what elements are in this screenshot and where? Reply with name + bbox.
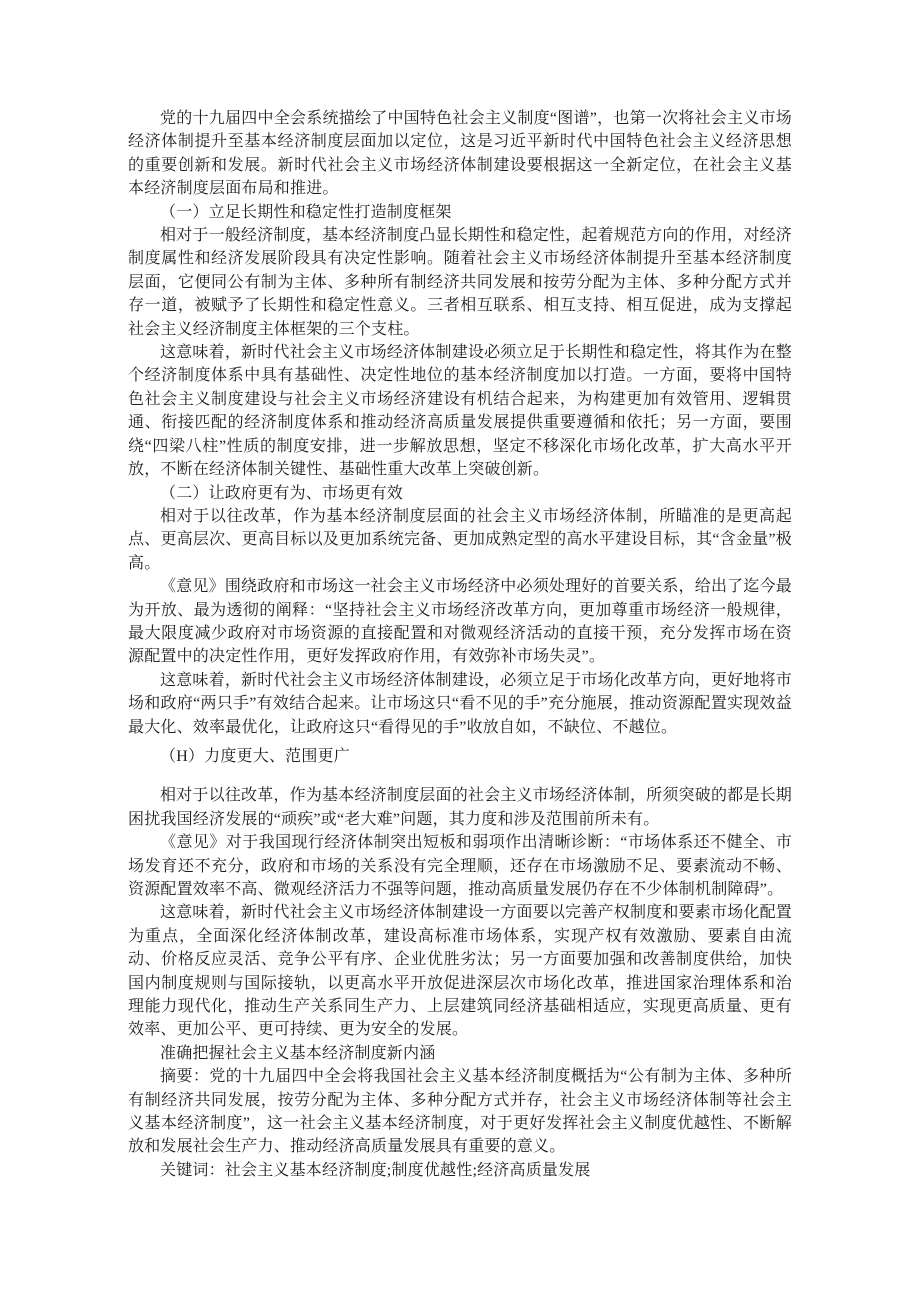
paragraph: 相对于以往改革，作为基本经济制度层面的社会主义市场经济体制，所须突破的都是长期困…	[128, 784, 792, 831]
paragraph: 《意见》围绕政府和市场这一社会主义市场经济中必须处理好的首要关系，给出了迄今最为…	[128, 575, 792, 669]
paragraph: 这意味着，新时代社会主义市场经济体制建设一方面要以完善产权制度和要素市场化配置为…	[128, 901, 792, 1041]
section-heading-4: 准确把握社会主义基本经济制度新内涵	[128, 1042, 792, 1065]
section-heading-1: （一）立足长期性和稳定性打造制度框架	[128, 201, 792, 224]
paragraph-abstract: 摘要：党的十九届四中全会将我国社会主义基本经济制度概括为“公有制为主体、多种所有…	[128, 1065, 792, 1159]
paragraph: 相对于一般经济制度，基本经济制度凸显长期性和稳定性，起着规范方向的作用，对经济制…	[128, 224, 792, 341]
document-page: 党的十九届四中全会系统描绘了中国特色社会主义制度“图谱”，也第一次将社会主义市场…	[0, 0, 920, 1301]
paragraph: 这意味着，新时代社会主义市场经济体制建设必须立足于长期性和稳定性，将其作为在整个…	[128, 341, 792, 481]
paragraph: 相对于以往改革，作为基本经济制度层面的社会主义市场经济体制，所瞄准的是更高起点、…	[128, 505, 792, 575]
paragraph-intro: 党的十九届四中全会系统描绘了中国特色社会主义制度“图谱”，也第一次将社会主义市场…	[128, 107, 792, 201]
paragraph: 这意味着，新时代社会主义市场经济体制建设，必须立足于市场化改革方向，更好地将市场…	[128, 669, 792, 739]
document-content: 党的十九届四中全会系统描绘了中国特色社会主义制度“图谱”，也第一次将社会主义市场…	[0, 0, 920, 1182]
paragraph: 《意见》对于我国现行经济体制突出短板和弱项作出清晰诊断：“市场体系还不健全、市场…	[128, 831, 792, 901]
section-heading-3: （H）力度更大、范围更广	[128, 745, 792, 768]
section-heading-2: （二）让政府更有为、市场更有效	[128, 482, 792, 505]
paragraph-keywords: 关键词：社会主义基本经济制度;制度优越性;经济高质量发展	[128, 1159, 792, 1182]
